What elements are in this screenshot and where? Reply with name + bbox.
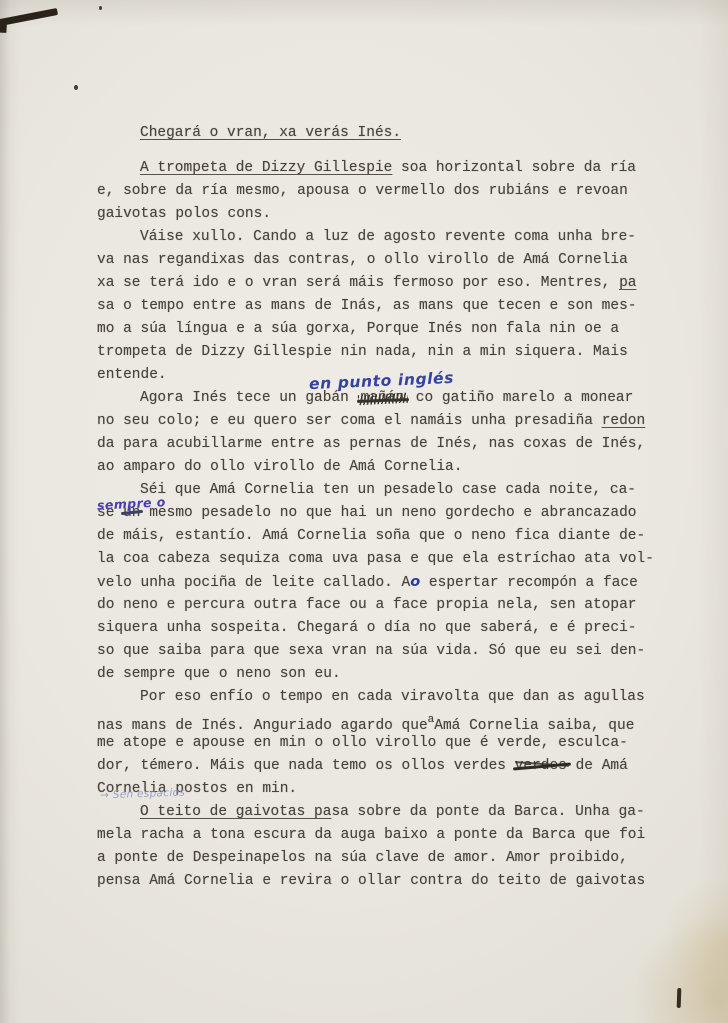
scribbled-out-word: mañán: [358, 390, 408, 406]
line-text: da para acubillarme entre as pernas de I…: [97, 436, 645, 452]
text-line: siquera unha sospeita. Chegará o día no …: [97, 617, 672, 640]
line-text: espertar recompón a face: [420, 575, 638, 591]
text-line: mo a súa língua e a súa gorxa, Porque In…: [97, 318, 672, 341]
text-line: Séi que Amá Cornelia ten un pesadelo cas…: [97, 479, 672, 502]
line-text: me atope e apouse en min o ollo virollo …: [97, 735, 628, 751]
line-text: sa o tempo entre as mans de Inás, as man…: [97, 298, 637, 314]
ink-speck: [74, 85, 78, 90]
pen-mark-bottom-right: [677, 988, 682, 1008]
text-line: mela racha a tona escura da auga baixo a…: [97, 824, 672, 847]
line-text: de máis, estantío. Amá Cornelia soña que…: [97, 528, 645, 544]
manuscript-page: Chegará o vran, xa verás Inés. A trompet…: [0, 0, 728, 1023]
text-line: me atope e apouse en min o ollo virollo …: [97, 732, 672, 755]
text-line: Por eso enfío o tempo en cada viravolta …: [97, 686, 672, 709]
line-text: pensa Amá Cornelia e revira o ollar cont…: [97, 873, 645, 889]
text-line: pensa Amá Cornelia e revira o ollar cont…: [97, 870, 672, 893]
text-line: ao amparo do ollo virollo de Amá Corneli…: [97, 456, 672, 479]
text-line: xa se terá ido e o vran será máis fermos…: [97, 272, 672, 295]
text-line: no seu colo; e eu quero ser coma el namá…: [97, 410, 672, 433]
line-text: trompeta de Dizzy Gillespie nin nada, ni…: [97, 344, 628, 360]
text-line: trompeta de Dizzy Gillespie nin nada, ni…: [97, 341, 672, 364]
line-text: Váise xullo. Cando a luz de agosto reven…: [140, 229, 636, 245]
line-text: e, sobre da ría mesmo, apousa o vermello…: [97, 183, 628, 199]
line-text: mo a súa língua e a súa gorxa, Porque In…: [97, 321, 619, 337]
line-text: dor, témero. Máis que nada temo os ollos…: [97, 758, 515, 774]
line-text: do neno e percura outra face ou a face p…: [97, 597, 637, 613]
line-text: a ponte de Despeinapelos na súa clave de…: [97, 850, 628, 866]
line-text: la coa cabeza sequiza coma uva pasa e qu…: [97, 551, 654, 567]
line-text: so que saiba para que sexa vran na súa v…: [97, 643, 645, 659]
underlined-syllable: pa: [619, 275, 636, 291]
text-line: de máis, estantío. Amá Cornelia soña que…: [97, 525, 672, 548]
line-text: mesmo pesadelo no que hai un neno gordec…: [141, 505, 637, 521]
document-title: Chegará o vran, xa verás Inés.: [97, 122, 672, 145]
text-line: do neno e percura outra face ou a face p…: [97, 594, 672, 617]
text-line: dor, témero. Máis que nada temo os ollos…: [97, 755, 672, 778]
text-line: velo unha pociña de leite callado. Ao es…: [97, 571, 672, 594]
line-text: Séi que Amá Cornelia ten un pesadelo cas…: [140, 482, 636, 498]
line-text: mela racha a tona escura da auga baixo a…: [97, 827, 645, 843]
text-line: a ponte de Despeinapelos na súa clave de…: [97, 847, 672, 870]
text-line: A trompeta de Dizzy Gillespie soa horizo…: [97, 157, 672, 180]
text-line: Váise xullo. Cando a luz de agosto reven…: [97, 226, 672, 249]
line-text: xa se terá ido e o vran será máis fermos…: [97, 275, 619, 291]
pen-mark-top-left: [0, 8, 58, 27]
line-text: entende.: [97, 367, 167, 383]
line-text: velo unha pociña de leite callado. A: [97, 575, 410, 591]
line-text: co gatiño marelo a monear: [407, 390, 633, 406]
line-text: no seu colo; e eu quero ser coma el namá…: [97, 413, 602, 429]
line-text: soa horizontal sobre da ría: [392, 160, 636, 176]
line-text: de Amá: [567, 758, 628, 774]
line-text: Por eso enfío o tempo en cada viravolta …: [140, 689, 645, 705]
text-line: se un mesmo pesadelo no que hai un neno …: [97, 502, 672, 525]
text-line: O teito de gaivotas pasa sobre da ponte …: [97, 801, 672, 824]
text-line: e, sobre da ría mesmo, apousa o vermello…: [97, 180, 672, 203]
line-text: sa sobre da ponte da Barca. Unha ga-: [331, 804, 644, 820]
typewritten-text: Chegará o vran, xa verás Inés. A trompet…: [97, 122, 672, 893]
text-line: va nas regandixas das contras, o ollo vi…: [97, 249, 672, 272]
ink-speck: [99, 6, 102, 10]
underlined-phrase: O teito de gaivotas pa: [140, 804, 331, 820]
text-line: gaivotas polos cons.: [97, 203, 672, 226]
title-text: Chegará o vran, xa verás Inés.: [140, 125, 401, 141]
underlined-syllable: redon: [602, 413, 646, 429]
line-text: de sempre que o neno son eu.: [97, 666, 341, 682]
text-line: so que saiba para que sexa vran na súa v…: [97, 640, 672, 663]
line-text: va nas regandixas das contras, o ollo vi…: [97, 252, 628, 268]
text-line: da para acubillarme entre as pernas de I…: [97, 433, 672, 456]
text-line: sa o tempo entre as mans de Inás, as man…: [97, 295, 672, 318]
text-line: Agora Inés tece un gabán mañán co gatiño…: [97, 387, 672, 410]
line-text: gaivotas polos cons.: [97, 206, 271, 222]
underlined-phrase: A trompeta de Dizzy Gillespie: [140, 160, 392, 176]
line-text: ao amparo do ollo virollo de Amá Corneli…: [97, 459, 462, 475]
line-text: siquera unha sospeita. Chegará o día no …: [97, 620, 637, 636]
text-line: nas mans de Inés. Anguriado agardo queaA…: [97, 709, 672, 732]
crossed-out-word: verdes: [515, 758, 567, 774]
text-line: de sempre que o neno son eu.: [97, 663, 672, 686]
handwritten-letter-o: o: [410, 574, 420, 590]
text-line: la coa cabeza sequiza coma uva pasa e qu…: [97, 548, 672, 571]
title-gap: [97, 145, 672, 157]
